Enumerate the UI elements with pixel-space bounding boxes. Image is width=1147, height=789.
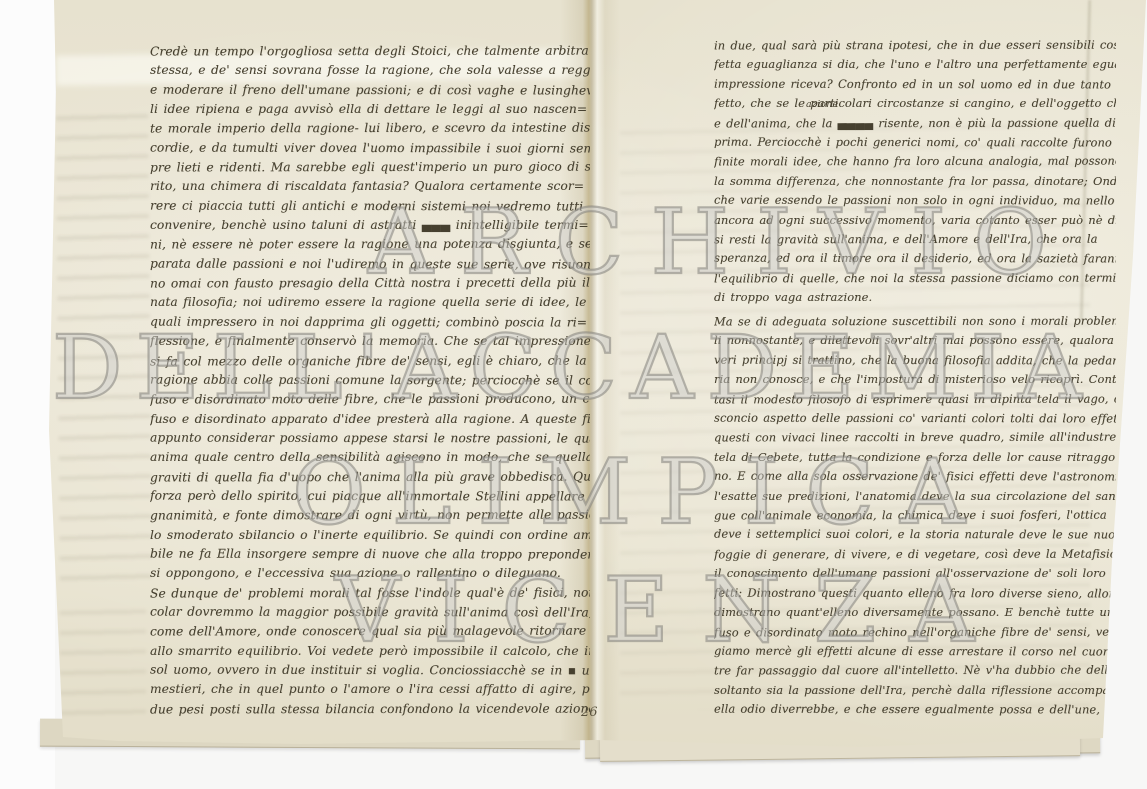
manuscript-line: quali impressero in noi dapprima gli ogg…	[150, 312, 590, 332]
manuscript-line: flessione, e finalmente conservò la memo…	[150, 332, 590, 351]
manuscript-line: che varie essendo le passioni non solo i…	[714, 191, 1116, 211]
manuscript-line: il conoscimento dell'umane passioni all'…	[714, 564, 1116, 583]
manuscript-line: di troppo vaga astrazione.	[714, 288, 1116, 307]
manuscript-line: li idee ripiena e paga avvisò ella di de…	[150, 100, 590, 119]
manuscript-line: ria non conosce, e che l'impostura di mi…	[714, 370, 1116, 389]
manuscript-line: speranza, ed ora il timore ora il deside…	[714, 249, 1116, 269]
manuscript-line: anima quale centro della sensibilità agi…	[150, 448, 590, 467]
interlinear-correction: azione	[806, 99, 838, 110]
manuscript-line: in due, qual sarà più strana ipotesi, ch…	[714, 36, 1116, 56]
manuscript-line: dimostrano quant'elleno diversamente pos…	[714, 603, 1116, 622]
manuscript-line: tasi il modesto filosofo di esprimere qu…	[714, 389, 1116, 409]
manuscript-line: giamo mercè gli effetti alcune di esse a…	[714, 641, 1116, 661]
manuscript-line: si resti la gravità sull'anima, e dell'A…	[714, 230, 1116, 250]
manuscript-line: no omai con fausto presagio della Città …	[150, 274, 590, 294]
manuscript-line: ancora ad ogni successivo momento, varia…	[714, 211, 1116, 230]
manuscript-line: sconcio aspetto delle passioni co' varia…	[714, 409, 1116, 429]
manuscript-line: deve i settemplici suoi colori, e la sto…	[714, 525, 1116, 545]
manuscript-line: fetto, che se le particolari circostanze…	[714, 94, 1116, 113]
manuscript-line: colar dovremmo la maggior possibile grav…	[150, 603, 590, 623]
manuscript-line: graviti di quella fia d'uopo che l'anima…	[150, 467, 590, 487]
manuscript-line: ni, nè essere nè poter essere la ragione…	[150, 235, 590, 255]
manuscript-line: si oppongono, e l'eccessiva sua azione o…	[150, 564, 590, 583]
manuscript-line: impressione riceva? Confronto ed in un s…	[714, 74, 1116, 94]
manuscript-line: fuso e disordinato moto delle fibre, che…	[150, 390, 590, 410]
manuscript-line: fuso e disordinato apparato d'idee prest…	[150, 410, 590, 429]
manuscript-line: finite morali idee, che hanno fra loro a…	[714, 152, 1116, 172]
page-number: 26	[581, 705, 598, 720]
bleed-through-left-margin	[56, 105, 152, 586]
manuscript-line: ragione abbia colle passioni comune la s…	[150, 370, 590, 390]
manuscript-line: si fa col mezzo delle organiche fibre de…	[150, 351, 590, 371]
manuscript-line: Se dunque de' problemi morali tal fosse …	[150, 583, 590, 603]
right-page-paragraph-1: in due, qual sarà più strana ipotesi, ch…	[714, 36, 1116, 309]
right-page-paragraph-2: Ma se di adeguata soluzione suscettibili…	[714, 312, 1116, 722]
manuscript-line: Credè un tempo l'orgogliosa setta degli …	[150, 42, 590, 62]
manuscript-line: stessa, e de' sensi sovrana fosse la rag…	[150, 61, 590, 80]
manuscript-line: la somma differenza, che nonnostante fra…	[714, 172, 1116, 191]
manuscript-line: li nonnostante, e dilettevoli sovr'altri…	[714, 331, 1116, 350]
manuscript-line: gnanimità, e fonte dimostrare di ogni vi…	[150, 506, 590, 526]
manuscript-line: nata filosofia; noi udiremo essere la ra…	[150, 293, 590, 312]
manuscript-line: veri principj si trattino, che la buona …	[714, 350, 1116, 370]
manuscript-line: appunto considerar possiamo appese stars…	[150, 428, 590, 448]
manuscript-line: l'esatte sue predizioni, l'anatomia deve…	[714, 487, 1116, 506]
manuscript-line: e dell'anima, che la ▄▄▄▄ risente, non è…	[714, 113, 1116, 133]
manuscript-line: convenire, benchè usino taluni di astrat…	[150, 216, 590, 235]
manuscript-line: fetta eguaglianza si dia, che l'uno e l'…	[714, 55, 1116, 74]
manuscript-line: questi con vivaci linee raccolti in brev…	[714, 428, 1116, 448]
manuscript-line: come dell'Amore, onde conoscere qual sia…	[150, 622, 590, 642]
manuscript-line: ella odio diverrebbe, e che essere egual…	[714, 700, 1116, 720]
manuscript-spread: Credè un tempo l'orgogliosa setta degli …	[0, 0, 1147, 789]
manuscript-line: sol uomo, ovvero in due instituir si vog…	[150, 661, 590, 681]
manuscript-line: mestieri, che in quel punto o l'amore o …	[150, 680, 590, 699]
manuscript-line: fuso e disordinato moto rechino nell'org…	[714, 622, 1116, 642]
manuscript-line: prima. Perciocchè i pochi generici nomi,…	[714, 133, 1116, 153]
manuscript-line: tela di Cebete, tutta la condizione e fo…	[714, 448, 1116, 467]
manuscript-line: cordie, e da tumulti viver dovea l'uomo …	[150, 138, 590, 158]
manuscript-line: pre lieti e ridenti. Ma sarebbe egli que…	[150, 158, 590, 178]
manuscript-line: e moderare il freno dell'umane passioni;…	[150, 80, 590, 100]
manuscript-line: no. E come alla sola osservazione de' fi…	[714, 467, 1116, 487]
manuscript-line: allo smarrito equilibrio. Voi vedete per…	[150, 642, 590, 661]
manuscript-line: te morale imperio della ragione- lui lib…	[150, 119, 590, 139]
bleed-through-left-bottom	[60, 600, 146, 720]
manuscript-line: rere ci piaccia tutti gli antichi e mode…	[150, 196, 590, 216]
manuscript-line: gue coll'animale economia, la chimica de…	[714, 506, 1116, 526]
manuscript-line: l'equilibrio di quelle, che noi la stess…	[714, 268, 1116, 288]
manuscript-line: foggie di generare, di vivere, e di vege…	[714, 544, 1116, 564]
manuscript-line: soltanto sia la passione dell'Ira, perch…	[714, 681, 1116, 700]
manuscript-line: forza però dello spirito, cui piacque al…	[150, 486, 590, 506]
manuscript-line: Ma se di adeguata soluzione suscettibili…	[714, 312, 1116, 332]
manuscript-line: parata dalle passioni e noi l'udiremo in…	[150, 254, 590, 274]
left-page-text: Credè un tempo l'orgogliosa setta degli …	[150, 42, 590, 724]
manuscript-line: rito, una chimera di riscaldata fantasia…	[150, 177, 590, 196]
manuscript-line: bile ne fa Ella insorgere sempre di nuov…	[150, 544, 590, 564]
manuscript-line: tre far passaggio dal cuore all'intellet…	[714, 661, 1116, 681]
manuscript-line: due pesi posti sulla stessa bilancia con…	[150, 699, 590, 719]
manuscript-line: lo smoderato sbilancio o l'inerte equili…	[150, 526, 590, 545]
manuscript-line: fetti: Dimostrano questi quanto elleno f…	[714, 583, 1116, 603]
